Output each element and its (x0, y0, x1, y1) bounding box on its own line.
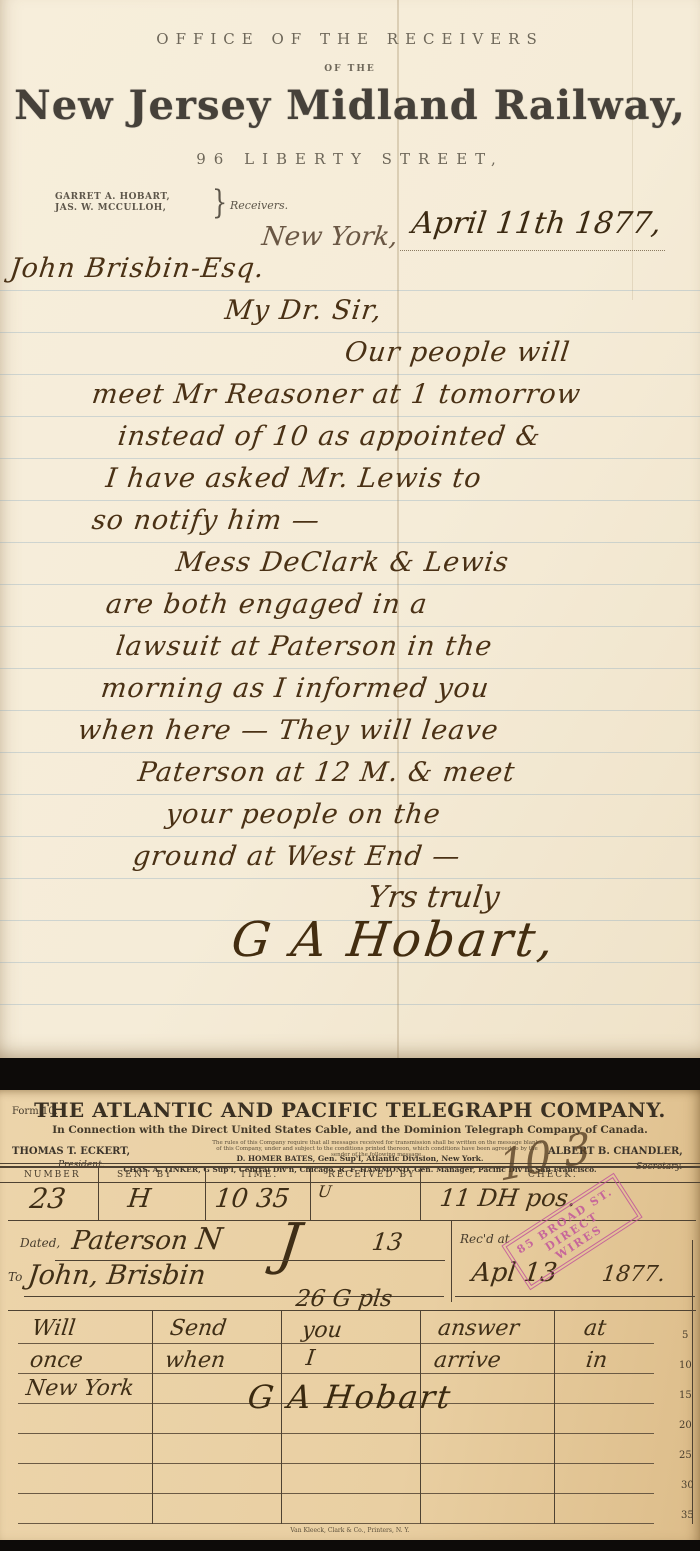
dated-city: Paterson (70, 1226, 190, 1256)
column-divider (420, 1166, 421, 1220)
value-sent-by: H (126, 1184, 152, 1214)
to-label: To (8, 1270, 22, 1284)
letter-body-line: John Brisbin-Esq. (8, 253, 266, 284)
letter-closing: Yrs truly (366, 880, 502, 915)
telegram-title: THE ATLANTIC AND PACIFIC TELEGRAPH COMPA… (0, 1098, 700, 1122)
letter-body-line: Mess DeClark & Lewis (174, 547, 511, 578)
dated-number: 13 (370, 1228, 404, 1256)
letter-body-line: so notify him — (90, 505, 322, 536)
col-header-number: NUMBER (24, 1170, 81, 1180)
scanned-document: Office of the Receivers OF THE New Jerse… (0, 0, 700, 1551)
grid-line (152, 1310, 153, 1524)
grid-line (554, 1310, 555, 1524)
dated-label: Dated, (20, 1236, 60, 1250)
letter-body-line: are both engaged in a (104, 589, 429, 620)
line-number: 35 (681, 1510, 694, 1521)
dateline-date: April 11th 1877, (410, 206, 663, 241)
to-value: John, Brisbin (26, 1260, 207, 1291)
letter-body-line: My Dr. Sir, (223, 295, 384, 326)
value-received-by: U (317, 1182, 333, 1201)
recd-cell-divider (451, 1220, 452, 1302)
letterhead-office-line: Office of the Receivers (0, 30, 700, 48)
line-number: 20 (679, 1420, 692, 1431)
grid-top-rule (8, 1310, 696, 1311)
column-divider (310, 1166, 311, 1220)
rule (0, 1163, 700, 1164)
dated-state-n: N (194, 1222, 225, 1257)
col-header-sent-by: SENT BY (117, 1170, 173, 1180)
telegram-signature: G A Hobart (246, 1378, 455, 1416)
letter-body-line: meet Mr Reasoner at 1 tomorrow (90, 379, 583, 410)
line-number: 15 (679, 1390, 692, 1401)
grid-line (281, 1310, 282, 1524)
receivers-label: Receivers. (230, 199, 288, 212)
col-header-time: TIME. (240, 1170, 278, 1180)
letter-body-line: morning as I informed you (99, 673, 491, 704)
letter-body-line: lawsuit at Paterson in the (114, 631, 494, 662)
president-name: THOMAS T. ECKERT, (12, 1146, 130, 1157)
column-divider (98, 1166, 99, 1220)
recd-rule (455, 1296, 695, 1297)
scan-gap (0, 1540, 700, 1551)
rule (0, 1166, 700, 1168)
line-number: 10 (679, 1360, 692, 1371)
letter-body-line: Our people will (343, 337, 572, 368)
column-divider (205, 1166, 206, 1220)
recd-label: Rec'd at (460, 1232, 510, 1246)
value-time: 10 35 (213, 1184, 291, 1214)
printer-credit: Van Kleeck, Clark & Co., Printers, N. Y. (0, 1527, 700, 1534)
receivers-brace: } (212, 183, 227, 221)
line-number: 25 (679, 1450, 692, 1461)
rule (0, 1182, 700, 1183)
value-check: 11 DH pos. (438, 1184, 577, 1212)
letter-signature: G A Hobart, (229, 912, 560, 968)
letter-body-line: I have asked Mr. Lewis to (104, 463, 483, 494)
message-word: once (28, 1348, 84, 1373)
message-word: answer (436, 1316, 520, 1341)
col-header-received-by: RECEIVED BY (328, 1170, 416, 1180)
value-number: 23 (28, 1182, 68, 1215)
letterhead-of-the: OF THE (0, 64, 700, 74)
street-address: 96 Liberty Street, (0, 150, 700, 168)
receiver-name-1: Garret A. Hobart, (55, 192, 170, 203)
company-name: New Jersey Midland Railway, (0, 82, 700, 129)
receivers-names: Garret A. Hobart, Jas. W. McCulloh, (55, 192, 170, 214)
line-number: 5 (682, 1330, 688, 1341)
recd-year: 1877. (600, 1262, 666, 1287)
telegram-subtitle: In Connection with the Direct United Sta… (0, 1124, 700, 1136)
message-word: in (584, 1348, 608, 1373)
letter-page: Office of the Receivers OF THE New Jerse… (0, 0, 700, 1058)
words-note: 26 G pls (294, 1286, 393, 1312)
letter-body-line: when here — They will leave (76, 715, 500, 746)
letter-body-line: instead of 10 as appointed & (116, 421, 542, 452)
receiver-name-2: Jas. W. McCulloh, (55, 203, 170, 214)
message-word: arrive (432, 1348, 502, 1373)
telegram-page: Form 10. THE ATLANTIC AND PACIFIC TELEGR… (0, 1090, 700, 1540)
message-grid (18, 1314, 654, 1524)
letter-body-line: Paterson at 12 M. & meet (136, 757, 517, 788)
message-word: New York (24, 1376, 135, 1401)
dated-state-j: J (274, 1212, 304, 1277)
message-word: at (582, 1316, 607, 1341)
message-word: when (163, 1348, 226, 1373)
dateline-rule (400, 250, 665, 251)
scan-gap (0, 1058, 700, 1090)
col-header-check: CHECK. (528, 1170, 578, 1180)
letter-body-line: your people on the (164, 799, 443, 830)
message-word: Send (168, 1316, 227, 1341)
message-word: Will (30, 1316, 76, 1341)
letter-body-line: ground at West End — (131, 841, 462, 872)
grid-line (420, 1310, 421, 1524)
line-number: 30 (681, 1480, 694, 1491)
dateline-place: New York, (260, 222, 399, 252)
message-word: you (300, 1318, 343, 1343)
